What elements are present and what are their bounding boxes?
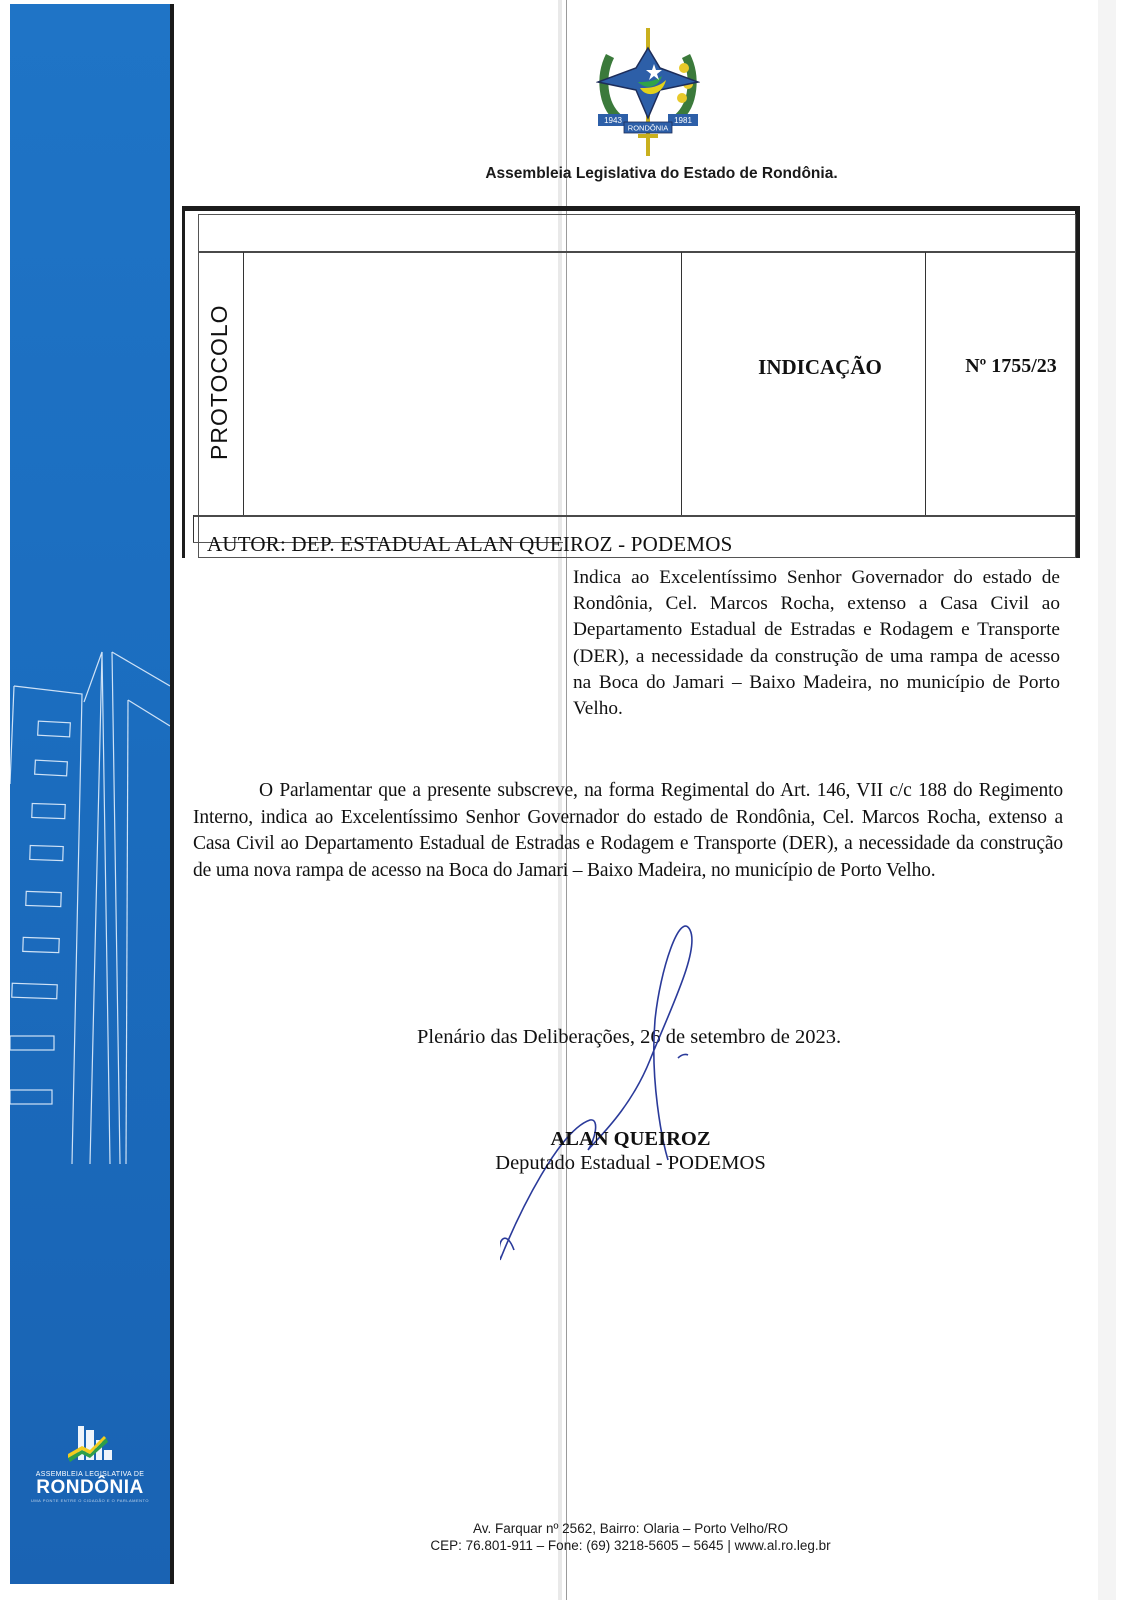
footer-address-line: Av. Farquar nº 2562, Bairro: Olaria – Po…	[130, 1520, 1131, 1537]
handwritten-signature-icon	[500, 910, 720, 1270]
author-line: AUTOR: DEP. ESTADUAL ALAN QUEIROZ - PODE…	[207, 532, 733, 557]
table-divider	[243, 252, 244, 515]
building-outline-icon	[10, 644, 170, 1164]
document-table	[198, 214, 1076, 558]
assembly-building-logo-icon	[60, 1424, 120, 1464]
letterhead-side-banner: ASSEMBLEIA LEGISLATIVA DE RONDÔNIA UMA P…	[10, 4, 174, 1584]
table-divider	[193, 515, 194, 543]
document-number: Nº 1755/23	[957, 355, 1065, 378]
table-divider	[925, 252, 926, 515]
assembly-logo: ASSEMBLEIA LEGISLATIVA DE RONDÔNIA UMA P…	[10, 1424, 170, 1503]
svg-text:1981: 1981	[674, 116, 692, 125]
document-type: INDICAÇÃO	[700, 355, 940, 380]
footer-contact-line: CEP: 76.801-911 – Fone: (69) 3218-5605 –…	[130, 1537, 1131, 1554]
assembly-title: Assembleia Legislativa do Estado de Rond…	[0, 165, 1131, 183]
table-divider	[199, 251, 1075, 253]
logo-name: RONDÔNIA	[10, 1478, 170, 1498]
svg-text:1943: 1943	[604, 116, 622, 125]
body-paragraph: O Parlamentar que a presente subscreve, …	[193, 778, 1063, 884]
logo-subtitle: UMA PONTE ENTRE O CIDADÃO E O PARLAMENTO	[10, 1498, 170, 1503]
scan-artifact-line	[1098, 0, 1116, 1600]
rondonia-coat-of-arms-icon: 1943 1981 RONDÔNIA	[596, 26, 700, 162]
ementa-summary: Indica ao Excelentíssimo Senhor Governad…	[573, 565, 1060, 722]
footer-address: Av. Farquar nº 2562, Bairro: Olaria – Po…	[0, 1520, 1131, 1554]
svg-text:RONDÔNIA: RONDÔNIA	[628, 124, 668, 133]
protocol-label: PROTOCOLO	[206, 300, 233, 460]
table-divider	[681, 252, 682, 515]
table-divider	[193, 515, 1076, 517]
signer-name: ALAN QUEIROZ	[0, 1128, 1131, 1151]
signer-role: Deputado Estadual - PODEMOS	[0, 1152, 1131, 1175]
